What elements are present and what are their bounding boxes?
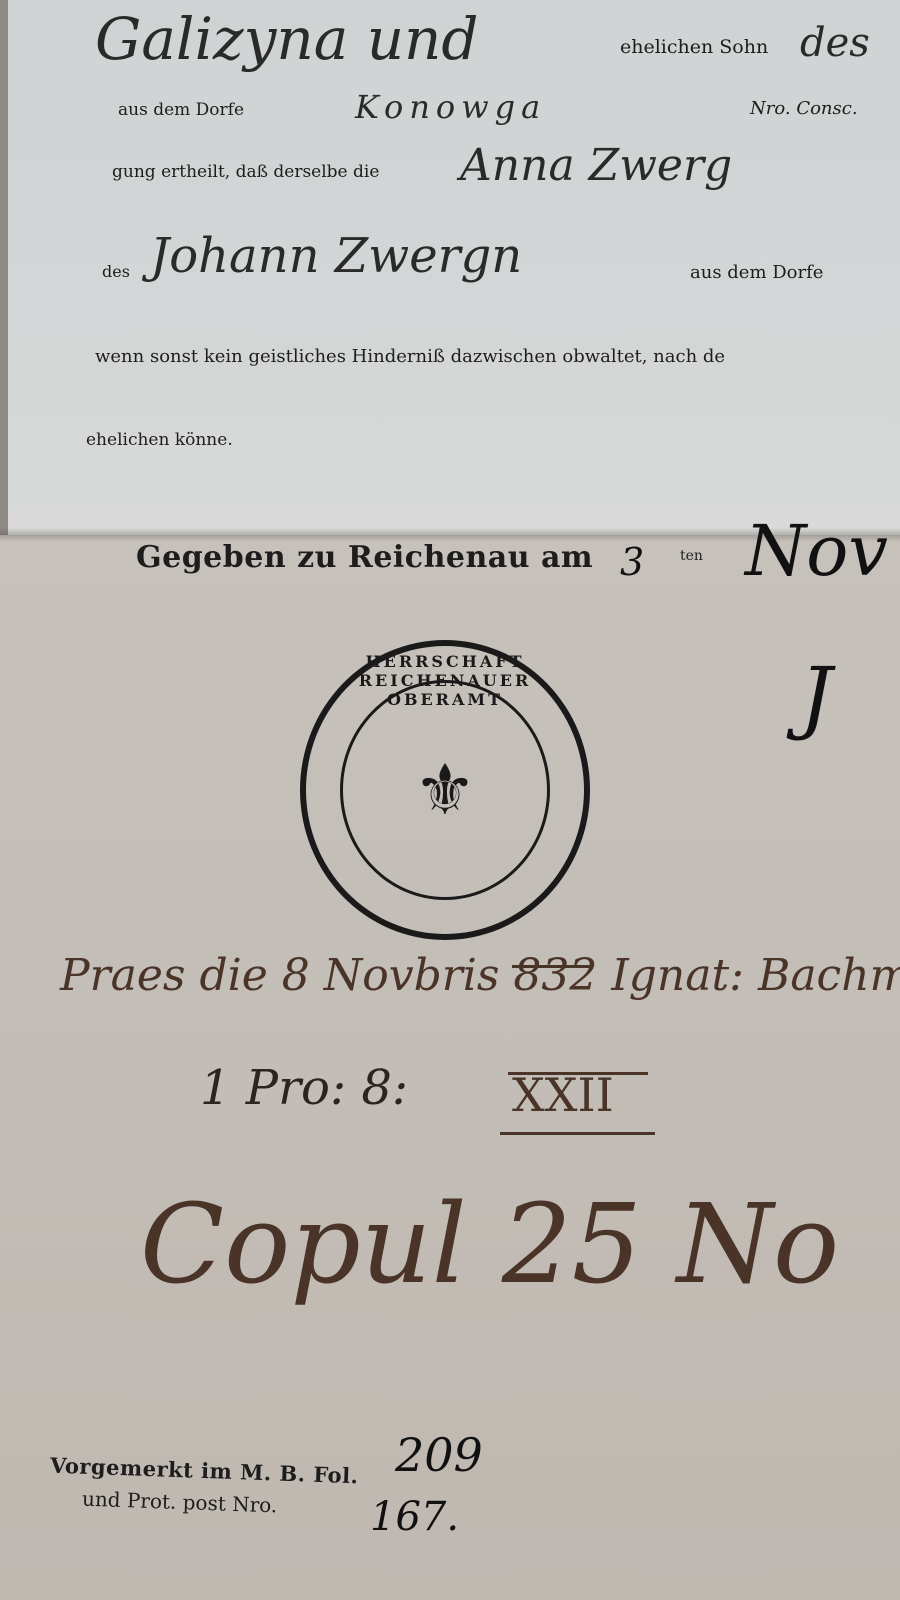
seal-legend: HERRSCHAFT REICHENAUER OBERAMT xyxy=(306,652,584,709)
printed-hinderniss-line: wenn sonst kein geistliches Hinderniß da… xyxy=(95,346,725,367)
printed-aus-dem-dorfe-2: aus dem Dorfe xyxy=(690,262,823,283)
handwritten-month: Nov xyxy=(745,510,888,592)
printed-gung-ertheilt: gung ertheilt, daß derselbe die xyxy=(112,162,379,182)
crowned-coat-of-arms-icon: ⚜ xyxy=(414,749,477,831)
handwritten-prot-number: 167. xyxy=(370,1494,459,1540)
printed-aus-dem-dorfe: aus dem Dorfe xyxy=(118,100,244,120)
handwritten-roman-xxii: XXII xyxy=(512,1068,614,1122)
page-edge xyxy=(0,0,8,535)
handwritten-praes-note: Praes die 8 Novbris 832 Ignat: Bachm xyxy=(60,950,900,1001)
handwritten-bride-name: Anna Zwerg xyxy=(460,140,732,191)
printed-day-suffix: ten xyxy=(680,548,703,564)
handwritten-father-name: Johann Zwergn xyxy=(150,228,522,284)
handwritten-day: 3 xyxy=(620,540,644,584)
handwritten-copul-note: Copul 25 No xyxy=(140,1180,839,1308)
handwritten-name-galizyna: Galizyna und xyxy=(95,5,479,73)
handwritten-protocol-ref: 1 Pro: 8: xyxy=(200,1060,408,1116)
roman-overline xyxy=(508,1072,648,1075)
printed-gegeben-zu-reichenau: Gegeben zu Reichenau am xyxy=(136,540,593,575)
printed-nro-consc: Nro. Consc. xyxy=(750,98,858,119)
handwritten-folio-number: 209 xyxy=(395,1428,483,1482)
roman-underline xyxy=(500,1132,655,1135)
official-seal: HERRSCHAFT REICHENAUER OBERAMT ⚜ xyxy=(300,640,590,940)
overline-832 xyxy=(512,965,592,968)
handwritten-des: des xyxy=(800,20,870,66)
printed-ehelichen-sohn: ehelichen Sohn xyxy=(620,36,768,58)
printed-ehelichen-koenne: ehelichen könne. xyxy=(86,430,233,450)
handwritten-signature-fragment: J xyxy=(800,650,832,743)
printed-des: des xyxy=(102,262,130,281)
handwritten-village-name: Konowga xyxy=(355,88,546,126)
